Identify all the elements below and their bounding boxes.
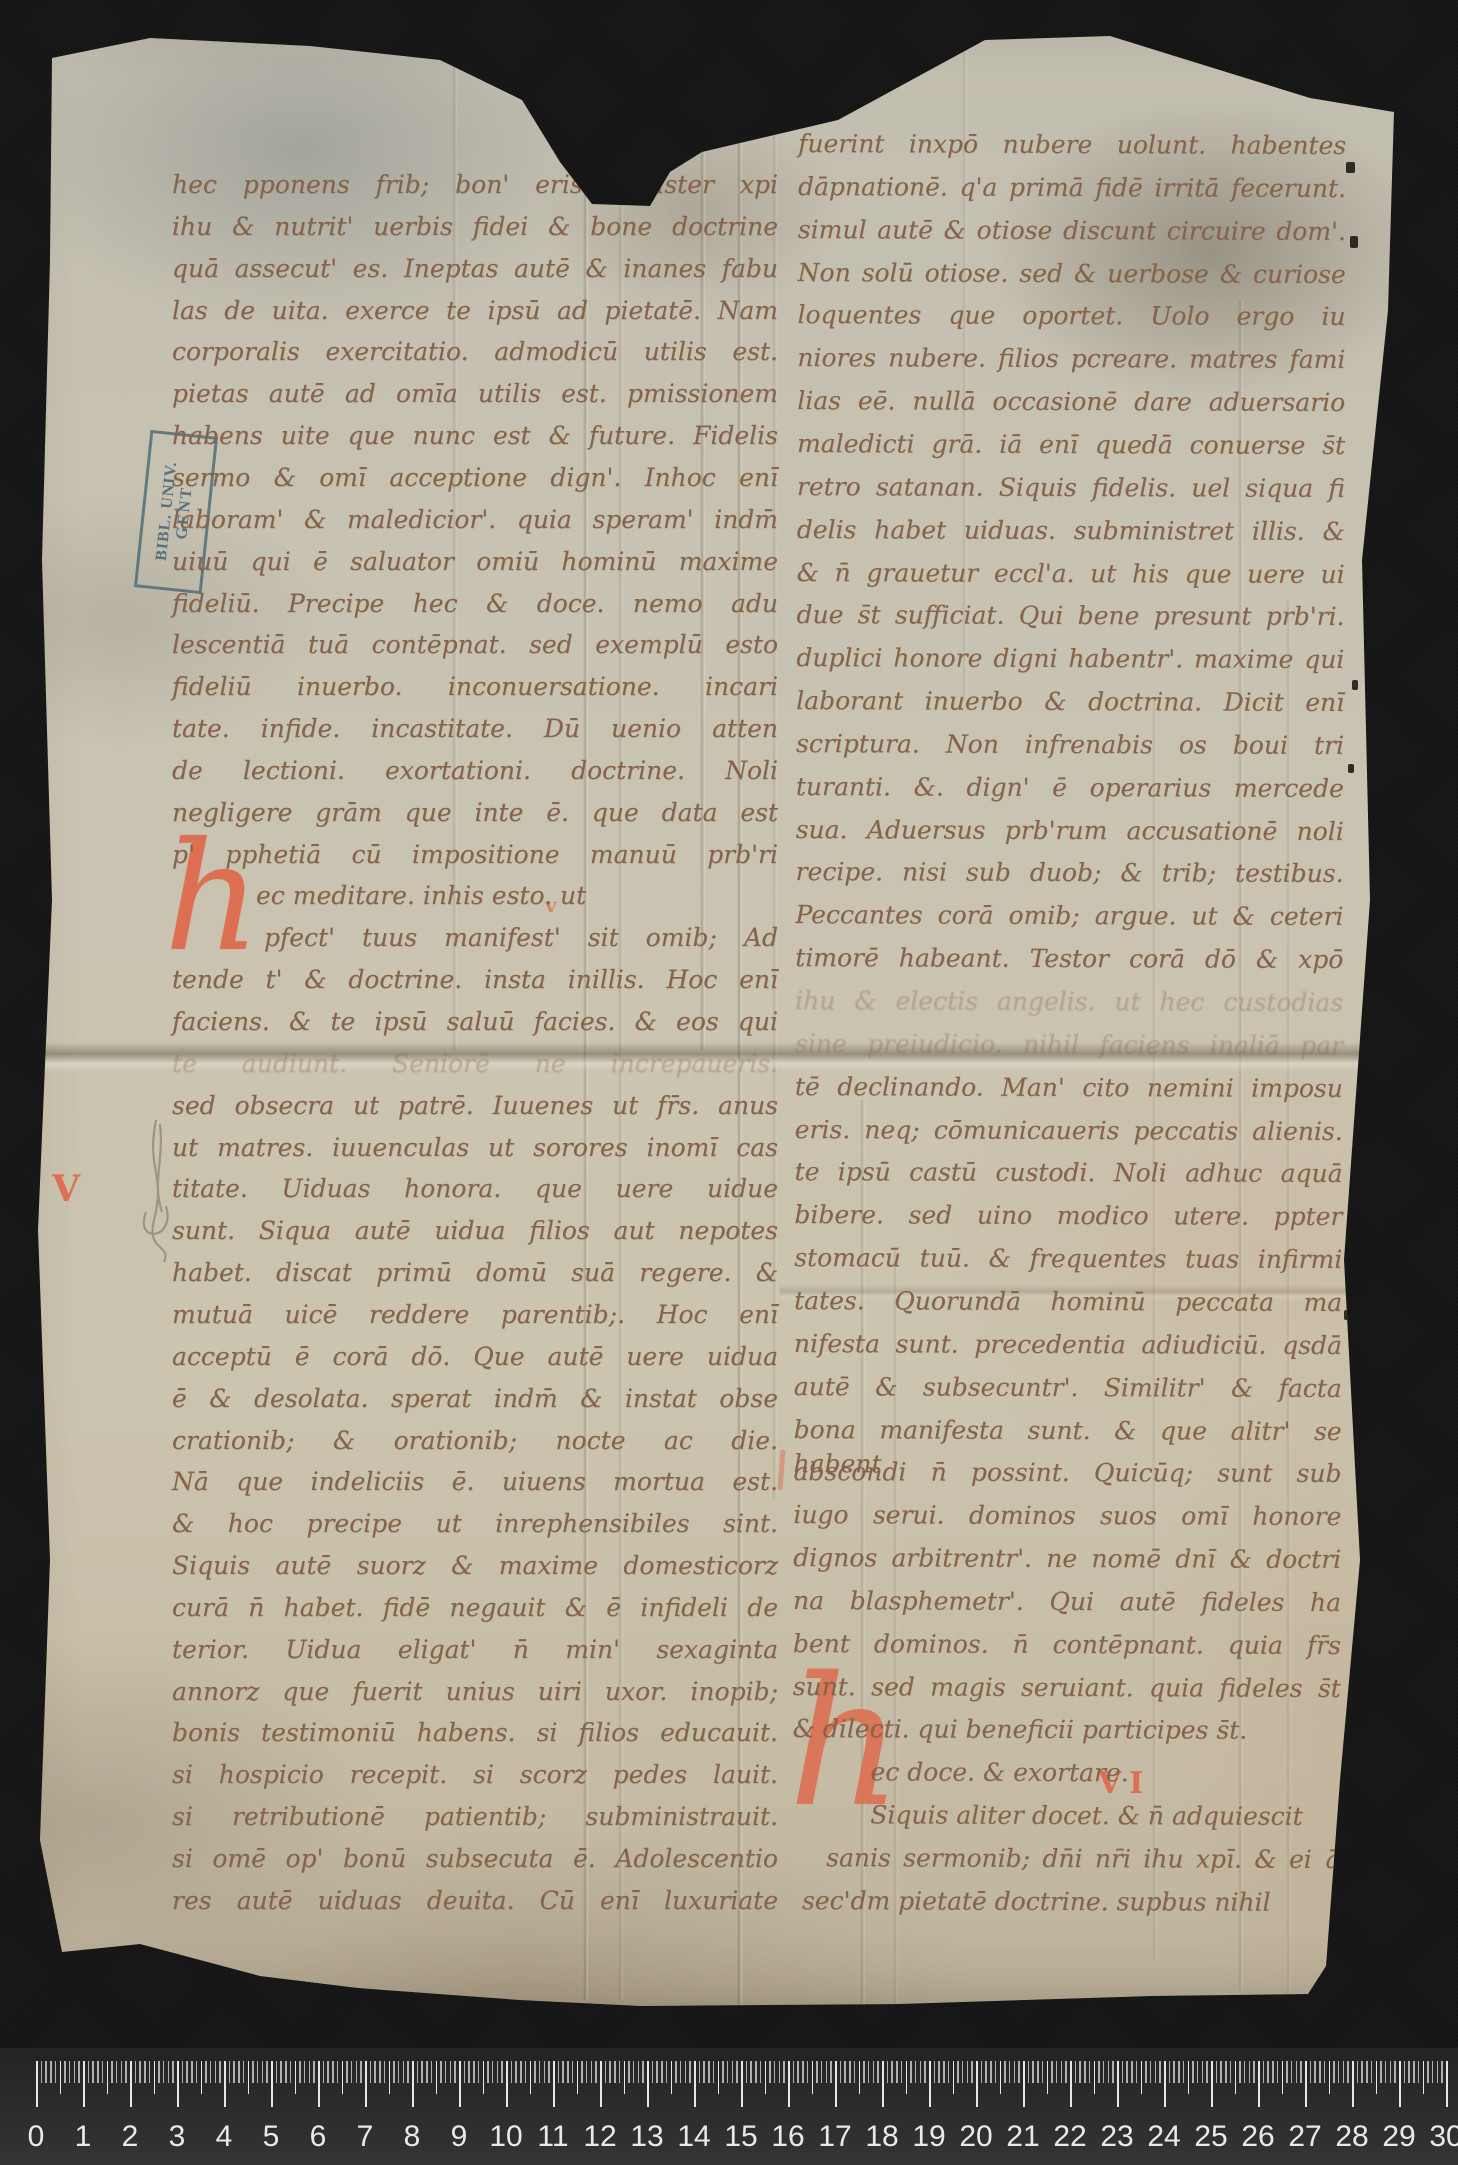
ruler-tick <box>877 2061 879 2083</box>
ruler-tick <box>1169 2061 1171 2083</box>
ruler-tick <box>1108 2061 1110 2083</box>
ruler-tick <box>666 2061 668 2083</box>
ruler-tick <box>36 2061 38 2107</box>
ruler-tick <box>299 2061 301 2083</box>
ruler-tick <box>534 2061 536 2083</box>
manuscript-line: sine preiudicio. nihil faciens inaliā pa… <box>795 1027 1343 1063</box>
ruler-tick <box>506 2061 508 2107</box>
ruler-tick <box>1183 2061 1185 2083</box>
ruler-number: 12 <box>583 2120 616 2154</box>
manuscript-line: iugo serui. dominos suos omī honore <box>793 1498 1341 1534</box>
ruler-tick <box>83 2061 85 2107</box>
ruler-tick <box>953 2061 955 2094</box>
manuscript-line: due s̄t sufficiat. Qui bene presunt prb'… <box>796 598 1344 634</box>
ruler-tick <box>374 2061 376 2083</box>
ruler-tick <box>562 2061 564 2083</box>
manuscript-line: ut matres. iuuenculas ut sorores inomī c… <box>172 1131 778 1165</box>
ruler-tick <box>746 2061 748 2083</box>
ruler-tick <box>1009 2061 1011 2083</box>
ruler-tick <box>1145 2061 1147 2083</box>
ruler-tick <box>1173 2061 1175 2083</box>
ruler-tick <box>74 2061 76 2083</box>
ruler-tick <box>1202 2061 1204 2083</box>
manuscript-line: autē & subsecuntr'. Similitr' & facta <box>794 1370 1342 1406</box>
ruler-tick <box>642 2061 644 2083</box>
ruler-tick <box>1286 2061 1288 2083</box>
manuscript-line: & hoc precipe ut inrephensibiles sint. <box>172 1507 778 1541</box>
ruler-tick <box>1098 2061 1100 2083</box>
ruler-tick <box>924 2061 926 2083</box>
ruler-tick <box>844 2061 846 2083</box>
ruler-tick <box>1423 2061 1425 2094</box>
stitch-hole <box>1352 680 1358 690</box>
ruler-tick <box>1244 2061 1246 2083</box>
ruler-tick <box>873 2061 875 2083</box>
ruler-tick <box>614 2061 616 2083</box>
ruler-tick <box>111 2061 113 2083</box>
ruler-tick <box>144 2061 146 2083</box>
ruler-tick <box>896 2061 898 2083</box>
manuscript-line: recipe. nisi sub duob; & trib; testibus. <box>796 855 1344 891</box>
manuscript-line: ē & desolata. sperat indm̄ & instat obse <box>172 1382 778 1416</box>
ruler-number: 8 <box>404 2120 421 2154</box>
ruler-tick <box>1103 2061 1105 2083</box>
ruler-tick <box>407 2061 409 2083</box>
manuscript-line: tates. Quorundā hominū peccata ma <box>794 1284 1342 1320</box>
ruler-number: 6 <box>310 2120 327 2154</box>
manuscript-line: Siquis autē suorz & maxime domesticorz <box>172 1549 778 1583</box>
ruler-tick <box>553 2061 555 2107</box>
text-column-right: fuerint inxpō nubere uolunt. habentesdāp… <box>792 127 1346 1959</box>
manuscript-line: pietas autē ad omīa utilis est. pmission… <box>172 377 778 411</box>
ruler-tick <box>1131 2061 1133 2083</box>
manuscript-line: tate. infide. incastitate. Dū uenio atte… <box>172 712 778 746</box>
ruler-tick <box>1282 2061 1284 2094</box>
manuscript-line: Nā que indeliciis ē. uiuens mortua est. <box>172 1465 778 1499</box>
ruler-number: 19 <box>912 2120 945 2154</box>
ruler-tick <box>1164 2061 1166 2107</box>
ruler-tick <box>910 2061 912 2083</box>
ruler-tick <box>309 2061 311 2083</box>
ruler-number: 5 <box>263 2120 280 2154</box>
manuscript-line: dignos arbitrentr'. ne nomē dnī & doctri <box>793 1541 1341 1577</box>
ruler-tick <box>1028 2061 1030 2083</box>
manuscript-line: si hospicio recepit. si scorz pedes laui… <box>172 1758 778 1792</box>
manuscript-line: uiuū qui ē saluator omiū hominū maxime <box>172 545 778 579</box>
ruler-tick <box>920 2061 922 2083</box>
ruler-tick <box>168 2061 170 2083</box>
ruler-tick <box>454 2061 456 2083</box>
ruler-tick <box>1399 2061 1401 2107</box>
ruler-tick <box>337 2061 339 2083</box>
manuscript-line: bibere. sed uino modico utere. ppter <box>794 1198 1342 1234</box>
ruler-tick <box>233 2061 235 2083</box>
manuscript-line: Non solū otiose. sed & uerbose & curiose <box>798 256 1346 292</box>
ruler-tick <box>802 2061 804 2083</box>
ruler-tick <box>172 2061 174 2083</box>
ruler-tick <box>459 2061 461 2107</box>
ruler-tick <box>671 2061 673 2094</box>
ruler-tick <box>1371 2061 1373 2083</box>
ruler-tick <box>638 2061 640 2083</box>
ruler-tick <box>675 2061 677 2083</box>
ruler-number: 2 <box>122 2120 139 2154</box>
manuscript-line: ihu & nutrit' uerbis fidei & bone doctri… <box>172 210 778 244</box>
ruler-tick <box>1347 2061 1349 2083</box>
ruler-tick <box>605 2061 607 2083</box>
manuscript-line: crationib; & orationib; nocte ac die. <box>172 1424 778 1458</box>
ruler-number: 13 <box>630 2120 663 2154</box>
manuscript-line: stomacū tuū. & frequentes tuas infirmi <box>794 1241 1342 1277</box>
manuscript-line: Peccantes corā omib; argue. ut & ceteri <box>795 898 1343 934</box>
ruler-tick <box>1178 2061 1180 2083</box>
ruler-tick <box>1427 2061 1429 2083</box>
manuscript-line: res autē uiduas deuita. Cū enī luxuriate <box>172 1884 778 1918</box>
ruler-tick <box>1300 2061 1302 2083</box>
ruler-tick <box>1117 2061 1119 2107</box>
ruler-tick <box>60 2061 62 2094</box>
ruler-tick <box>901 2061 903 2083</box>
manuscript-line: hec pponens frib; bon' eris minister xpi <box>172 168 778 202</box>
ruler-tick <box>1352 2061 1354 2107</box>
ruler-tick <box>1385 2061 1387 2083</box>
ruler-number: 3 <box>169 2120 186 2154</box>
ruler-tick <box>440 2061 442 2083</box>
ruler-tick <box>595 2061 597 2083</box>
manuscript-line: pfect' tuus manifest' sit omib; Ad <box>264 921 778 955</box>
ruler-tick <box>722 2061 724 2083</box>
ruler-tick <box>55 2061 57 2083</box>
ruler-tick <box>370 2061 372 2083</box>
ruler-tick <box>750 2061 752 2083</box>
ruler-tick <box>1089 2061 1091 2083</box>
manuscript-line: habet. discat primū domū suā regere. & <box>172 1256 778 1290</box>
ruler-number: 22 <box>1053 2120 1086 2154</box>
ruler-tick <box>1065 2061 1067 2083</box>
ruler-tick <box>1376 2061 1378 2094</box>
ruler-tick <box>135 2061 137 2083</box>
ruler-tick <box>765 2061 767 2094</box>
ruler-tick <box>497 2061 499 2083</box>
ruler-tick <box>755 2061 757 2083</box>
ruler-tick <box>379 2061 381 2083</box>
ruler-tick <box>1267 2061 1269 2083</box>
ruler-tick <box>1441 2061 1443 2083</box>
ruler-tick <box>793 2061 795 2083</box>
manuscript-line: nifesta sunt. precedentia adiudiciū. qsd… <box>794 1327 1342 1363</box>
ruler-tick <box>1197 2061 1199 2083</box>
ruler-tick <box>431 2061 433 2083</box>
ruler-tick <box>1239 2061 1241 2083</box>
ruler-tick <box>243 2061 245 2083</box>
ruler-tick <box>906 2061 908 2094</box>
ruler-tick <box>835 2061 837 2107</box>
manuscript-line: ec meditare. inhis esto. ut <box>256 879 778 913</box>
manuscript-line: faciens. & te ipsū saluū facies. & eos q… <box>172 1005 778 1039</box>
manuscript-line: quā assecut' es. Ineptas autē & inanes f… <box>172 252 778 286</box>
ruler-number: 10 <box>489 2120 522 2154</box>
ruler-tick <box>332 2061 334 2083</box>
stitch-hole <box>1344 1310 1352 1320</box>
manuscript-line: fideliū. Precipe hec & doce. nemo adu <box>172 587 778 621</box>
ruler-tick <box>774 2061 776 2083</box>
ruler-tick <box>591 2061 593 2083</box>
ruler-tick <box>694 2061 696 2107</box>
ruler-tick <box>50 2061 52 2083</box>
ruler-tick <box>830 2061 832 2083</box>
ruler-tick <box>525 2061 527 2083</box>
ruler-tick <box>149 2061 151 2083</box>
ruler-tick <box>515 2061 517 2083</box>
ruler-tick <box>1032 2061 1034 2083</box>
ruler-tick <box>1366 2061 1368 2083</box>
ruler-tick <box>609 2061 611 2083</box>
manuscript-line: na blasphemetr'. Qui autē fideles ha <box>793 1584 1341 1620</box>
faint-red-margin-mark <box>778 1450 786 1490</box>
manuscript-line: loquentes que oportet. Uolo ergo iu <box>797 298 1345 334</box>
ruler-tick <box>1343 2061 1345 2083</box>
ruler-tick <box>78 2061 80 2083</box>
ruler-tick <box>398 2061 400 2083</box>
ruler-tick <box>1272 2061 1274 2083</box>
ruler-tick <box>238 2061 240 2083</box>
ruler-tick <box>934 2061 936 2083</box>
ruler-tick <box>572 2061 574 2083</box>
ruler-tick <box>1094 2061 1096 2094</box>
ruler-tick <box>938 2061 940 2083</box>
text-column-left: hec pponens frib; bon' eris minister xpi… <box>172 168 778 1968</box>
ruler-tick <box>210 2061 212 2083</box>
ruler-tick <box>295 2061 297 2094</box>
ruler-tick <box>412 2061 414 2107</box>
manuscript-line: sanis sermonib; dn̄i nr̄i ihu xpī. & ei … <box>826 1841 1340 1877</box>
manuscript-line: sermo & omī acceptione dign'. Inhoc enī <box>172 461 778 495</box>
manuscript-line: te ipsū castū custodi. Noli adhuc aquā <box>794 1155 1342 1191</box>
ruler-tick <box>581 2061 583 2083</box>
manuscript-line: titate. Uiduas honora. que uere uidue <box>172 1172 778 1206</box>
ruler-tick <box>891 2061 893 2083</box>
ruler-number: 15 <box>724 2120 757 2154</box>
ruler-tick <box>487 2061 489 2083</box>
ruler-number: 25 <box>1194 2120 1227 2154</box>
ruler-tick <box>356 2061 358 2083</box>
ruler-tick <box>1112 2061 1114 2083</box>
ruler-tick <box>318 2061 320 2107</box>
ruler-tick <box>633 2061 635 2083</box>
ruler-tick <box>779 2061 781 2083</box>
ruler-tick <box>130 2061 132 2107</box>
ruler-tick <box>450 2061 452 2083</box>
ruler-tick <box>360 2061 362 2083</box>
ruler-tick <box>1404 2061 1406 2083</box>
ruler-tick <box>882 2061 884 2107</box>
manuscript-line: sunt. sed magis seruiant. quia fideles s… <box>793 1670 1341 1706</box>
ruler-tick <box>229 2061 231 2083</box>
ruler-tick <box>41 2061 43 2083</box>
ruler-tick <box>257 2061 259 2083</box>
ruler-tick <box>1338 2061 1340 2083</box>
manuscript-line: lescentiā tuā contēpnat. sed exemplū est… <box>172 628 778 662</box>
ruler-tick <box>492 2061 494 2083</box>
ruler-tick <box>201 2061 203 2094</box>
manuscript-line: laboram' & maledicior'. quia speram' ind… <box>172 503 778 537</box>
ruler-tick <box>69 2061 71 2083</box>
ruler-tick <box>840 2061 842 2083</box>
manuscript-line: lias eē. nullā occasionē dare aduersario <box>797 384 1345 420</box>
ruler-tick <box>577 2061 579 2094</box>
manuscript-line: laborant inuerbo & doctrina. Dicit enī <box>796 684 1344 720</box>
ruler-tick <box>1329 2061 1331 2094</box>
ruler-tick <box>1235 2061 1237 2094</box>
ruler-tick <box>656 2061 658 2083</box>
ruler-tick <box>990 2061 992 2083</box>
ruler-tick <box>1305 2061 1307 2107</box>
manuscript-line: negligere grām que inte ē. que data est <box>172 796 778 830</box>
manuscript-line: annorz que fuerit unius uiri uxor. inopi… <box>172 1675 778 1709</box>
ruler-tick <box>248 2061 250 2094</box>
ruler-tick <box>530 2061 532 2094</box>
manuscript-line: fideliū inuerbo. inconuersatione. incari <box>172 670 778 704</box>
ruler-tick <box>826 2061 828 2083</box>
manuscript-line: si omē op' bonū subsecuta ē. Adolescenti… <box>172 1842 778 1876</box>
ruler-tick <box>957 2061 959 2083</box>
ruler-tick <box>285 2061 287 2083</box>
ruler-tick <box>64 2061 66 2083</box>
ruler-tick <box>1361 2061 1363 2083</box>
ruler-tick <box>1211 2061 1213 2107</box>
ruler-tick <box>854 2061 856 2083</box>
manuscript-line: sed obsecra ut patrē. Iuuenes ut fr̄s. a… <box>172 1089 778 1123</box>
ruler-tick <box>262 2061 264 2083</box>
ruler-tick <box>708 2061 710 2083</box>
manuscript-line: duplici honore digni habentr'. maxime qu… <box>796 641 1344 677</box>
ruler-tick <box>1380 2061 1382 2083</box>
ruler-tick <box>1225 2061 1227 2083</box>
ruler-tick <box>196 2061 198 2083</box>
ruler-tick <box>421 2061 423 2083</box>
ruler-tick <box>88 2061 90 2083</box>
manuscript-line: bonis testimoniū habens. si filios educa… <box>172 1716 778 1750</box>
ruler-tick <box>219 2061 221 2083</box>
ruler-tick <box>323 2061 325 2083</box>
ruler-number: 20 <box>959 2120 992 2154</box>
ruler-tick <box>1141 2061 1143 2094</box>
ruler-tick <box>224 2061 226 2107</box>
ruler-tick <box>586 2061 588 2083</box>
ruler-tick <box>600 2061 602 2107</box>
ruler-number: 21 <box>1006 2120 1039 2154</box>
ruler-number: 9 <box>451 2120 468 2154</box>
ruler-tick <box>351 2061 353 2083</box>
stitch-hole <box>1350 236 1358 248</box>
ruler-tick <box>468 2061 470 2083</box>
ruler-tick <box>812 2061 814 2094</box>
ruler-tick <box>1277 2061 1279 2083</box>
ruler-tick <box>548 2061 550 2083</box>
ruler-tick <box>154 2061 156 2094</box>
ruler-number: 18 <box>865 2120 898 2154</box>
ruler-tick <box>1230 2061 1232 2083</box>
manuscript-line: maledicti grā. iā enī quedā conuerse s̄t <box>797 427 1345 463</box>
ruler-number: 28 <box>1335 2120 1368 2154</box>
manuscript-line: sunt. Siqua autē uidua filios aut nepote… <box>172 1214 778 1248</box>
stitch-hole <box>1346 162 1355 173</box>
manuscript-line: simul autē & otiose discunt circuire dom… <box>798 213 1346 249</box>
ruler-tick <box>276 2061 278 2083</box>
manuscript-line: tende t' & doctrine. insta inillis. Hoc … <box>172 963 778 997</box>
ruler-tick <box>346 2061 348 2083</box>
ruler-tick <box>121 2061 123 2083</box>
ruler-tick <box>191 2061 193 2083</box>
ruler-number: 24 <box>1147 2120 1180 2154</box>
ruler-tick <box>1319 2061 1321 2083</box>
ruler-tick <box>661 2061 663 2083</box>
ruler-tick <box>1446 2061 1448 2107</box>
ruler-tick <box>544 2061 546 2083</box>
manuscript-line: abscondi n̄ possint. Quicūq; sunt sub <box>793 1455 1341 1491</box>
ruler-tick <box>1004 2061 1006 2083</box>
ruler-tick <box>1023 2061 1025 2107</box>
ruler-tick <box>107 2061 109 2094</box>
ruler-tick <box>365 2061 367 2107</box>
stitch-hole <box>1352 1392 1358 1401</box>
ruler-tick <box>304 2061 306 2083</box>
ruler-number: 26 <box>1241 2120 1274 2154</box>
ruler-tick <box>699 2061 701 2083</box>
ruler-tick <box>182 2061 184 2083</box>
ruler-tick <box>689 2061 691 2083</box>
ruler-tick <box>252 2061 254 2083</box>
ruler-tick <box>943 2061 945 2083</box>
photographed-manuscript-page: BIBL. UNIV. GENT h h V v VI hec pponens … <box>0 0 1458 2165</box>
ruler-tick <box>1056 2061 1058 2083</box>
ruler-tick <box>327 2061 329 2083</box>
ruler-tick <box>1432 2061 1434 2083</box>
ruler-tick <box>426 2061 428 2083</box>
stitch-hole <box>1340 1848 1346 1856</box>
manuscript-line: terior. Uidua eligat' n̄ min' sexaginta <box>172 1633 778 1667</box>
ruler-tick <box>713 2061 715 2083</box>
ruler-tick <box>1126 2061 1128 2083</box>
ruler-tick <box>1122 2061 1124 2083</box>
ruler-tick <box>290 2061 292 2083</box>
ruler-tick <box>163 2061 165 2083</box>
ruler-tick <box>45 2061 47 2083</box>
manuscript-line: & n̄ grauetur eccl'a. ut his que uere ui <box>797 556 1345 592</box>
manuscript-line: delis habet uiduas. subministret illis. … <box>797 513 1345 549</box>
ruler-tick <box>652 2061 654 2083</box>
ruler-tick <box>685 2061 687 2083</box>
ruler-number: 17 <box>818 2120 851 2154</box>
ruler-tick <box>680 2061 682 2083</box>
manuscript-line: retro satanan. Siquis fidelis. uel siqua… <box>797 470 1345 506</box>
ruler-tick <box>1000 2061 1002 2094</box>
ruler-tick <box>567 2061 569 2083</box>
manuscript-line: timorē habeant. Testor corā dō & xpō <box>795 941 1343 977</box>
ruler-number: 4 <box>216 2120 233 2154</box>
ruler-tick <box>1324 2061 1326 2083</box>
ruler-tick <box>887 2061 889 2083</box>
ruler-tick <box>501 2061 503 2083</box>
ruler-tick <box>628 2061 630 2083</box>
chapter-v-numeral: V <box>52 1168 80 1210</box>
ruler-tick <box>539 2061 541 2083</box>
ruler-tick <box>1192 2061 1194 2083</box>
ruler-tick <box>342 2061 344 2094</box>
ruler-tick <box>868 2061 870 2083</box>
manuscript-line: curā n̄ habet. fidē negauit & ē infideli… <box>172 1591 778 1625</box>
ruler-tick <box>1249 2061 1251 2083</box>
